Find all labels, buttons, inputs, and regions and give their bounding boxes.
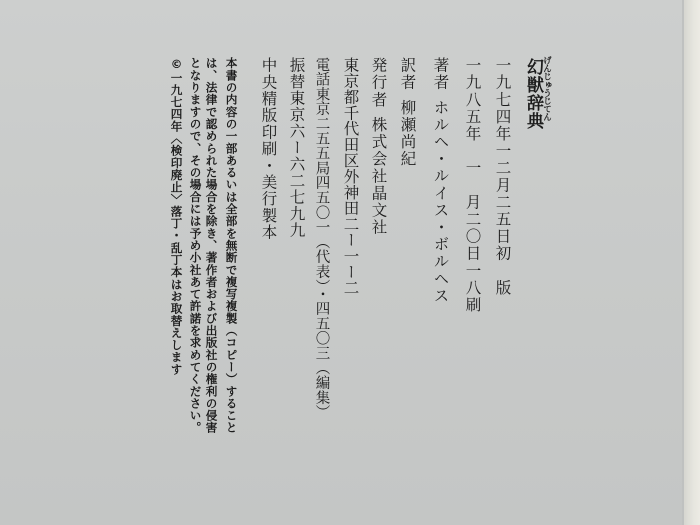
author-label: 著者: [432, 57, 450, 91]
publisher-phone: 電話東京二五五局四五〇一（代表）・四五〇三（編集）: [314, 57, 329, 420]
publisher-name: 株式会社晶文社: [370, 116, 388, 236]
printing-date: 一九八五年 一 月二〇日一八刷: [464, 57, 480, 314]
notice-line-1: 本書の内容の一部あるいは全部を無断で複写複製（コピー）すること: [225, 57, 237, 434]
publisher-label: 発行者: [370, 57, 388, 108]
book-title: 幻獣辞典: [524, 58, 541, 130]
translator-name: 柳瀬尚紀: [399, 99, 417, 167]
author-name: ホルヘ・ルイス・ボルヘス: [432, 99, 450, 304]
notice-line-2: は、法律で認められた場合を除き、著作者および出版社の権利の侵害: [205, 57, 217, 434]
printer-binder: 中央精版印刷・美行製本: [260, 57, 276, 241]
author-row: 著者ホルヘ・ルイス・ボルヘス: [432, 57, 448, 304]
publisher-address: 東京都千代田区外神田二ー一ー二: [342, 57, 358, 296]
notice-line-3: となりますので、その場合には予め小社あて許諾を求めてください。: [189, 57, 201, 434]
first-edition-date: 一九七四年一二月二五日初 版: [494, 57, 510, 296]
translator-row: 訳者柳瀬尚紀: [399, 57, 415, 168]
copyright-line: ©一九七四年〈検印廃止〉落丁・乱丁本はお取替えします: [170, 57, 182, 375]
book-title-ruby: げんじゅうじてん: [542, 56, 551, 121]
page-edge: [684, 0, 700, 525]
transfer-account: 振替東京六ー六二七九九: [288, 57, 304, 239]
translator-label: 訳者: [399, 57, 417, 91]
publisher-row: 発行者株式会社晶文社: [370, 57, 386, 236]
